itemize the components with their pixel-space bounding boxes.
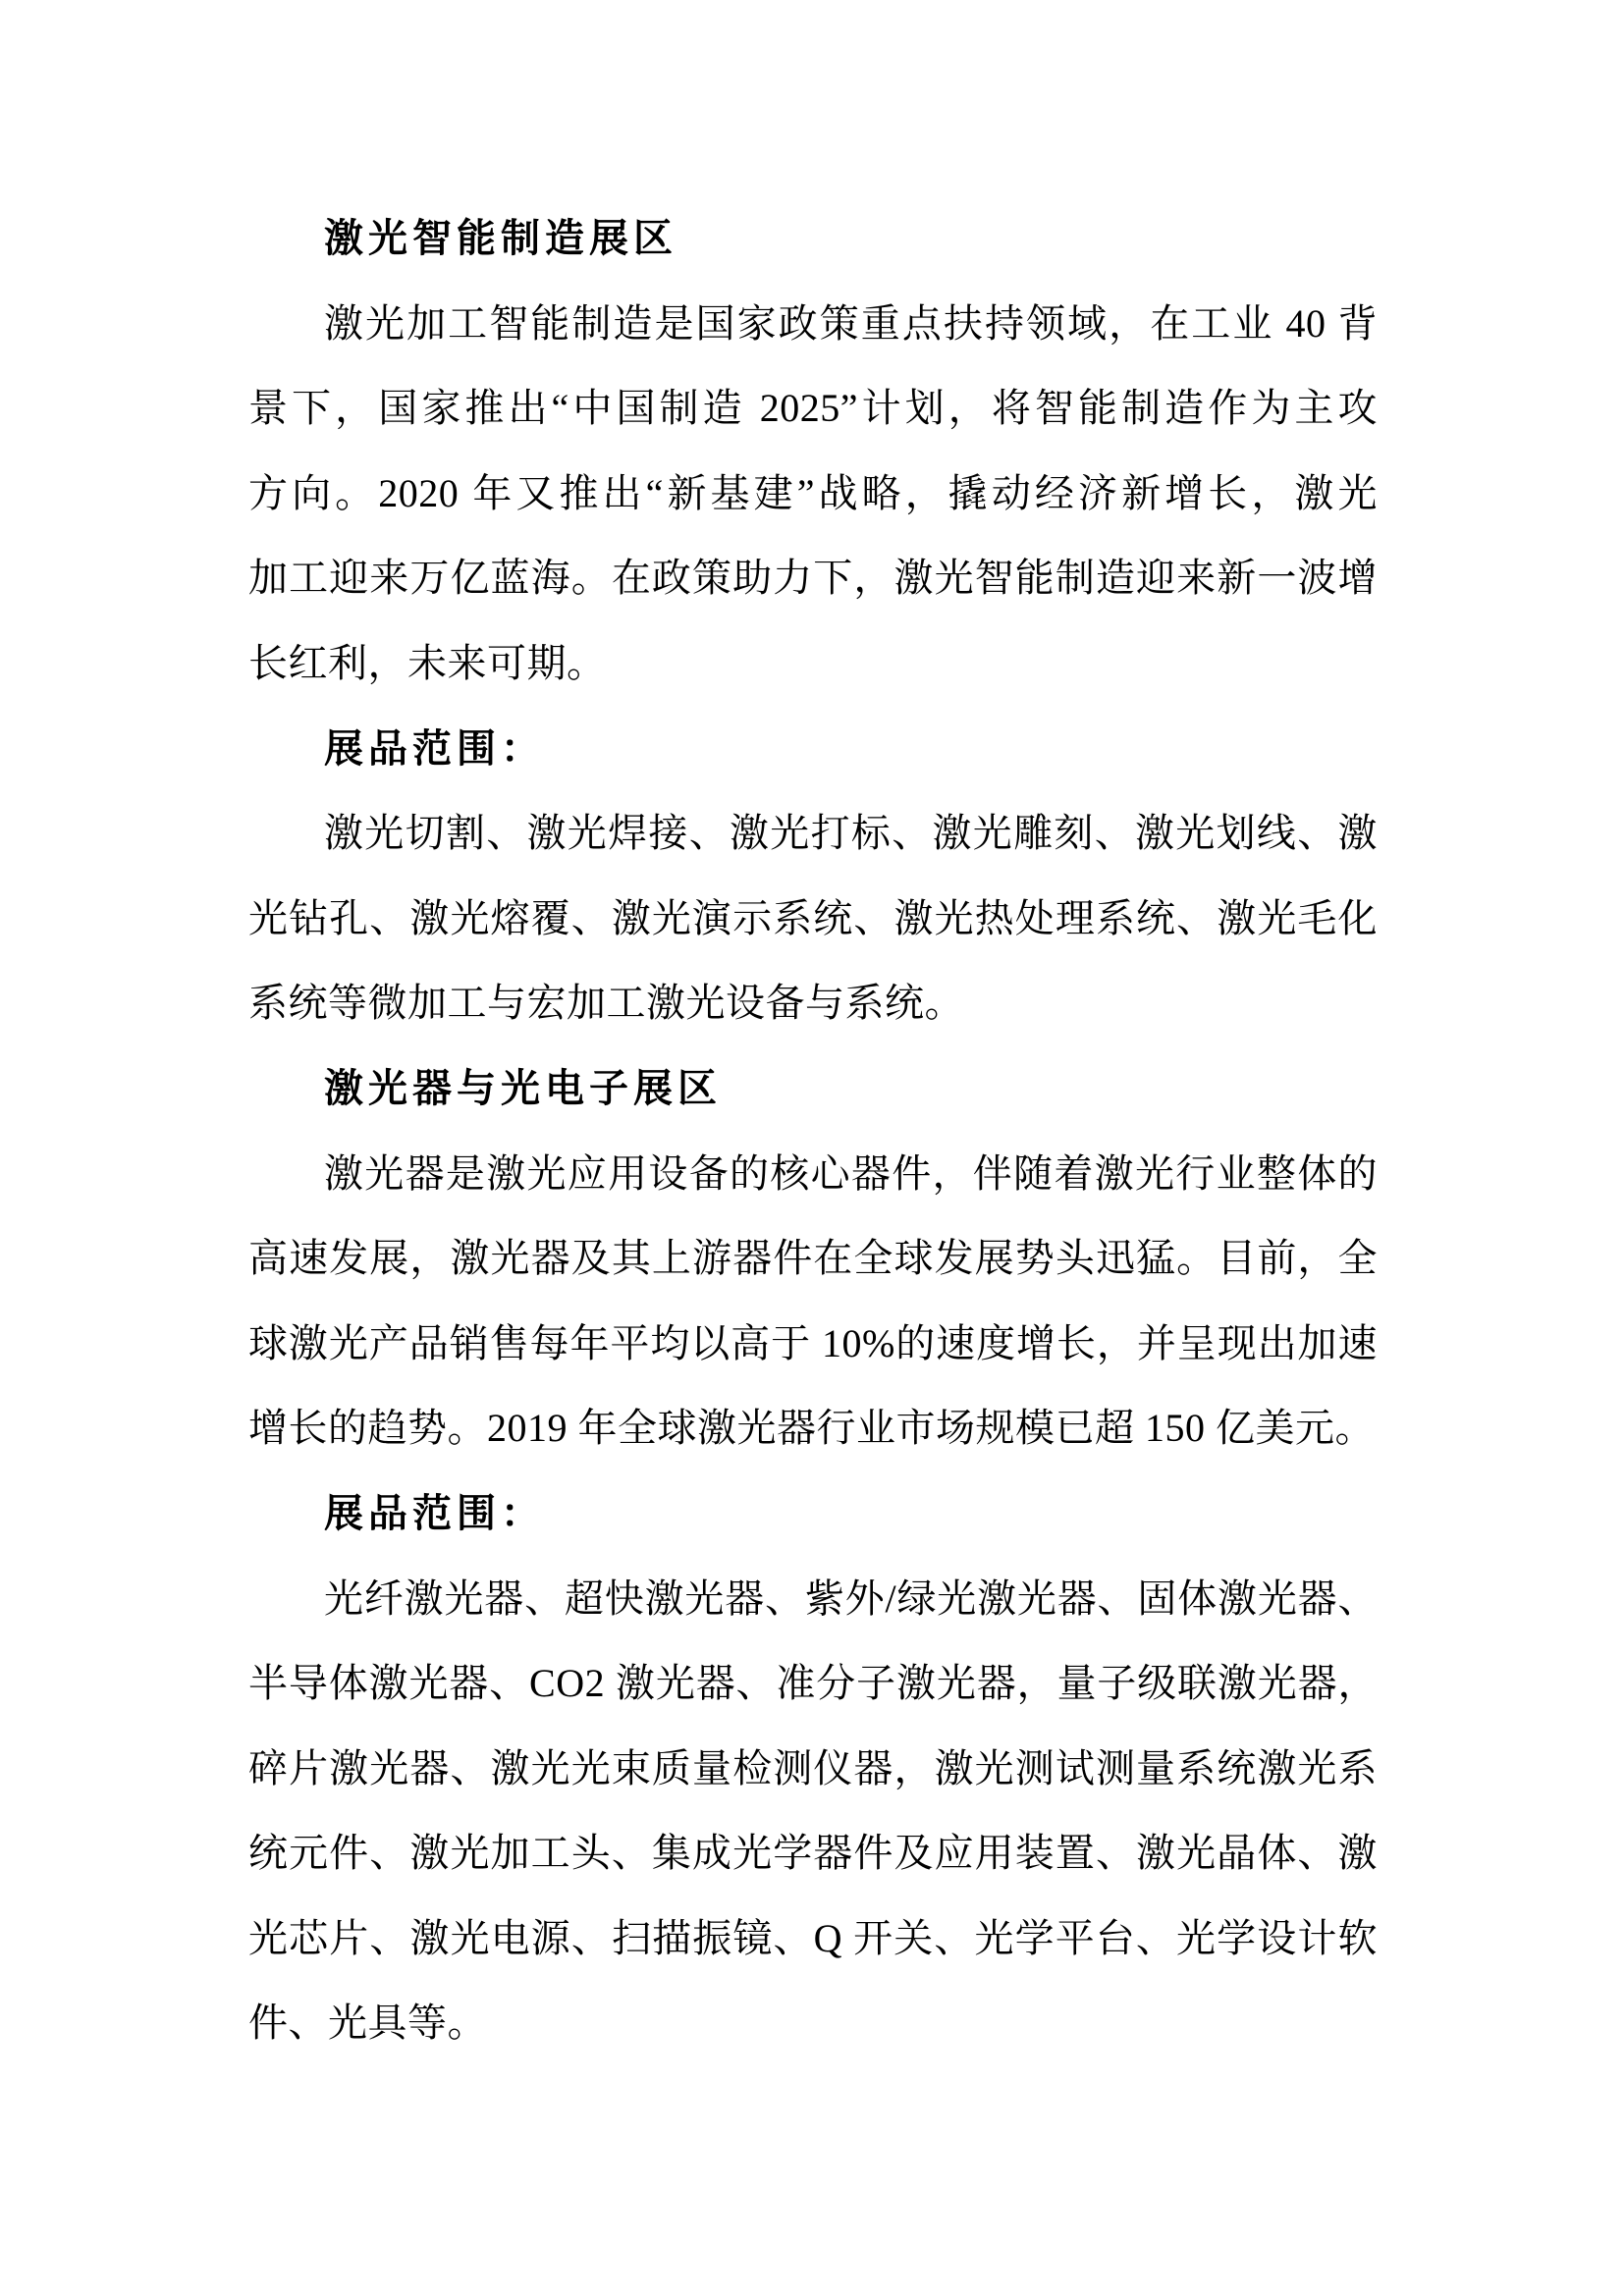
- paragraph-line: 半导体激光器、CO2 激光器、准分子激光器，量子级联激光器，: [248, 1641, 1378, 1727]
- paragraph-line: 高速发展，激光器及其上游器件在全球发展势头迅猛。目前，全: [248, 1216, 1378, 1302]
- paragraph-line: 件、光具等。: [248, 1981, 1378, 2066]
- paragraph-line: 方向。2020 年又推出“新基建”战略，撬动经济新增长，激光: [248, 452, 1378, 537]
- paragraph-line: 碎片激光器、激光光束质量检测仪器，激光测试测量系统激光系: [248, 1727, 1378, 1812]
- paragraph-line: 激光器是激光应用设备的核心器件，伴随着激光行业整体的: [248, 1132, 1378, 1217]
- paragraph-line: 系统等微加工与宏加工激光设备与系统。: [248, 961, 1378, 1046]
- section-heading-laser-and-optoelectronics: 激光器与光电子展区: [248, 1046, 1378, 1132]
- paragraph-line: 景下，国家推出“中国制造 2025”计划，将智能制造作为主攻: [248, 366, 1378, 452]
- document-body: 激光智能制造展区 激光加工智能制造是国家政策重点扶持领域，在工业 40 背 景下…: [248, 196, 1378, 2066]
- paragraph-line: 加工迎来万亿蓝海。在政策助力下，激光智能制造迎来新一波增: [248, 536, 1378, 621]
- paragraph-line: 激光切割、激光焊接、激光打标、激光雕刻、激光划线、激: [248, 791, 1378, 877]
- paragraph-line: 激光加工智能制造是国家政策重点扶持领域，在工业 40 背: [248, 282, 1378, 367]
- section-heading-exhibit-scope-2: 展品范围：: [248, 1471, 1378, 1557]
- paragraph-line: 球激光产品销售每年平均以高于 10%的速度增长，并呈现出加速: [248, 1302, 1378, 1387]
- section-heading-exhibit-scope-1: 展品范围：: [248, 707, 1378, 792]
- section-heading-laser-smart-manufacturing: 激光智能制造展区: [248, 196, 1378, 282]
- paragraph-line: 统元件、激光加工头、集成光学器件及应用装置、激光晶体、激: [248, 1811, 1378, 1896]
- paragraph-line: 光芯片、激光电源、扫描振镜、Q 开关、光学平台、光学设计软: [248, 1896, 1378, 1982]
- paragraph-line: 增长的趋势。2019 年全球激光器行业市场规模已超 150 亿美元。: [248, 1386, 1378, 1471]
- document-page: 激光智能制造展区 激光加工智能制造是国家政策重点扶持领域，在工业 40 背 景下…: [0, 0, 1624, 2296]
- paragraph-line: 长红利，未来可期。: [248, 621, 1378, 707]
- paragraph-line: 光纤激光器、超快激光器、紫外/绿光激光器、固体激光器、: [248, 1557, 1378, 1642]
- paragraph-line: 光钻孔、激光熔覆、激光演示系统、激光热处理系统、激光毛化: [248, 877, 1378, 962]
